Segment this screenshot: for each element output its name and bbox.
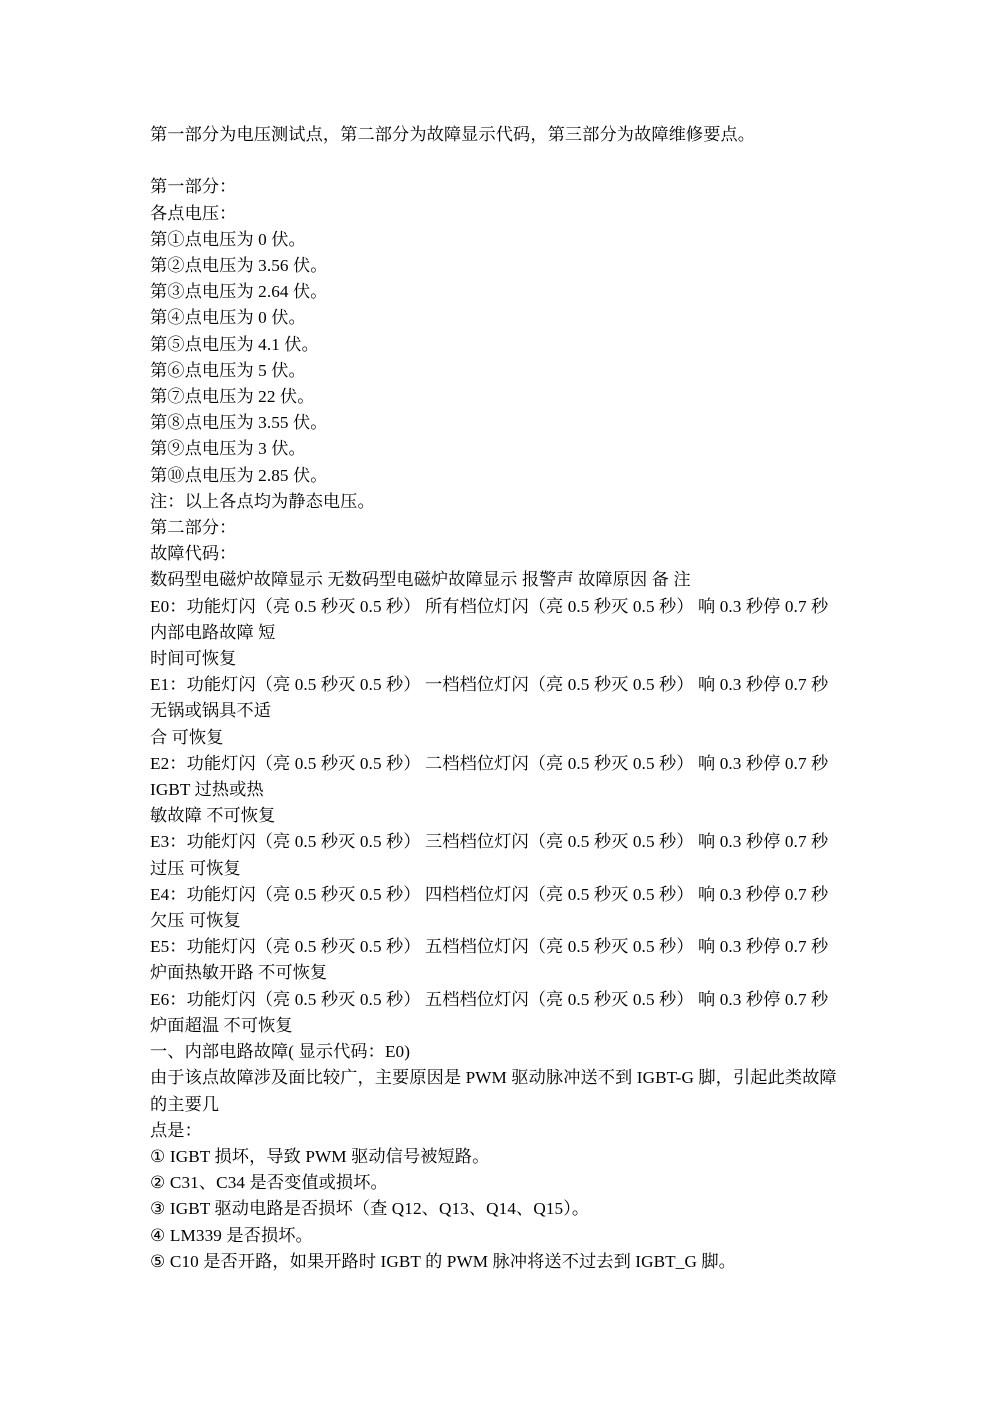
text-line: 敏故障 不可恢复 (150, 803, 950, 829)
text-line: 一、内部电路故障( 显示代码：E0) (150, 1039, 950, 1065)
text-line: E0：功能灯闪（亮 0.5 秒灭 0.5 秒） 所有档位灯闪（亮 0.5 秒灭 … (150, 594, 950, 620)
text-line: 点是： (150, 1118, 950, 1144)
text-line: 无锅或锅具不适 (150, 698, 950, 724)
text-line: 第一部分： (150, 174, 950, 200)
text-line: 第⑨点电压为 3 伏。 (150, 436, 950, 462)
document-page: 第一部分为电压测试点，第二部分为故障显示代码，第三部分为故障维修要点。第一部分：… (0, 0, 993, 1404)
text-line: E1：功能灯闪（亮 0.5 秒灭 0.5 秒） 一档档位灯闪（亮 0.5 秒灭 … (150, 672, 950, 698)
text-line: 第②点电压为 3.56 伏。 (150, 253, 950, 279)
text-line: 炉面热敏开路 不可恢复 (150, 960, 950, 986)
text-line: 欠压 可恢复 (150, 908, 950, 934)
text-line: E4：功能灯闪（亮 0.5 秒灭 0.5 秒） 四档档位灯闪（亮 0.5 秒灭 … (150, 882, 950, 908)
text-line: 第①点电压为 0 伏。 (150, 227, 950, 253)
text-line: E6：功能灯闪（亮 0.5 秒灭 0.5 秒） 五档档位灯闪（亮 0.5 秒灭 … (150, 987, 950, 1013)
text-line: ⑤ C10 是否开路，如果开路时 IGBT 的 PWM 脉冲将送不过去到 IGB… (150, 1249, 950, 1275)
document-body: 第一部分为电压测试点，第二部分为故障显示代码，第三部分为故障维修要点。第一部分：… (150, 122, 950, 1275)
text-line: E3：功能灯闪（亮 0.5 秒灭 0.5 秒） 三档档位灯闪（亮 0.5 秒灭 … (150, 829, 950, 855)
text-line: 数码型电磁炉故障显示 无数码型电磁炉故障显示 报警声 故障原因 备 注 (150, 567, 950, 593)
text-line: 第③点电压为 2.64 伏。 (150, 279, 950, 305)
text-line: 合 可恢复 (150, 725, 950, 751)
text-line: 第⑥点电压为 5 伏。 (150, 358, 950, 384)
text-line: 第⑩点电压为 2.85 伏。 (150, 463, 950, 489)
text-line (150, 148, 950, 174)
text-line: 第⑦点电压为 22 伏。 (150, 384, 950, 410)
text-line: IGBT 过热或热 (150, 777, 950, 803)
text-line: 第一部分为电压测试点，第二部分为故障显示代码，第三部分为故障维修要点。 (150, 122, 950, 148)
text-line: ③ IGBT 驱动电路是否损坏（查 Q12、Q13、Q14、Q15）。 (150, 1196, 950, 1222)
text-line: 由于该点故障涉及面比较广，主要原因是 PWM 驱动脉冲送不到 IGBT-G 脚，… (150, 1065, 950, 1091)
text-line: ② C31、C34 是否变值或损坏。 (150, 1170, 950, 1196)
text-line: 第⑤点电压为 4.1 伏。 (150, 332, 950, 358)
text-line: 第二部分： (150, 515, 950, 541)
text-line: 第⑧点电压为 3.55 伏。 (150, 410, 950, 436)
text-line: ① IGBT 损坏，导致 PWM 驱动信号被短路。 (150, 1144, 950, 1170)
text-line: 时间可恢复 (150, 646, 950, 672)
text-line: 故障代码： (150, 541, 950, 567)
text-line: 的主要几 (150, 1092, 950, 1118)
text-line: 各点电压： (150, 201, 950, 227)
text-line: 注：以上各点均为静态电压。 (150, 489, 950, 515)
text-line: E5：功能灯闪（亮 0.5 秒灭 0.5 秒） 五档档位灯闪（亮 0.5 秒灭 … (150, 934, 950, 960)
text-line: E2：功能灯闪（亮 0.5 秒灭 0.5 秒） 二档档位灯闪（亮 0.5 秒灭 … (150, 751, 950, 777)
text-line: 过压 可恢复 (150, 856, 950, 882)
text-line: ④ LM339 是否损坏。 (150, 1223, 950, 1249)
text-line: 炉面超温 不可恢复 (150, 1013, 950, 1039)
text-line: 内部电路故障 短 (150, 620, 950, 646)
text-line: 第④点电压为 0 伏。 (150, 305, 950, 331)
